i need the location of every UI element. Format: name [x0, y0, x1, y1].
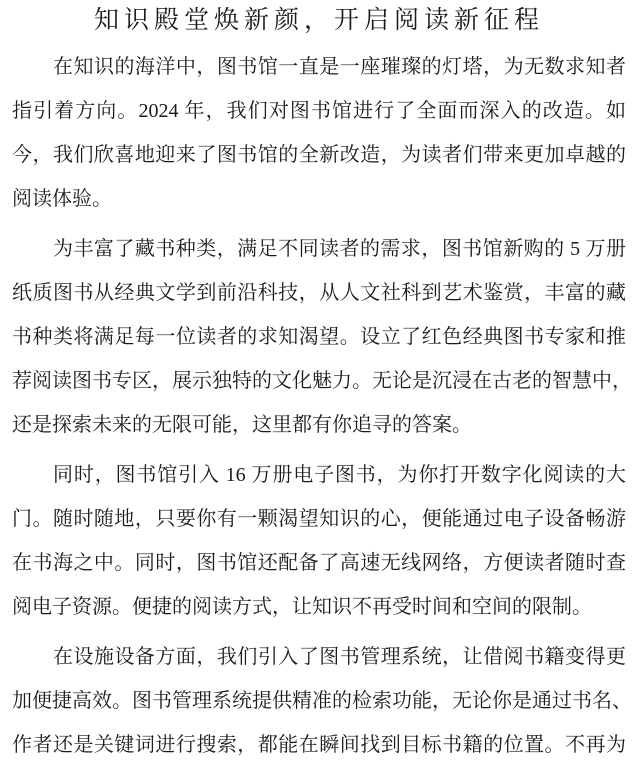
text-line: 作者还是关键词进行搜索，都能在瞬间找到目标书籍的位置。不再为 [12, 723, 626, 763]
text-line: 纸质图书从经典文学到前沿科技，从人文社科到艺术鉴赏，丰富的藏 [12, 271, 626, 315]
text-line: 阅电子资源。便捷的阅读方式，让知识不再受时间和空间的限制。 [12, 585, 626, 629]
paragraph: 同时，图书馆引入 16 万册电子图书，为你打开数字化阅读的大门。随时随地，只要你… [12, 453, 626, 629]
text-line: 同时，图书馆引入 16 万册电子图书，为你打开数字化阅读的大 [12, 453, 626, 497]
paragraph: 在设施设备方面，我们引入了图书管理系统，让借阅书籍变得更加便捷高效。图书管理系统… [12, 635, 626, 763]
text-line: 在知识的海洋中，图书馆一直是一座璀璨的灯塔，为无数求知者 [12, 45, 626, 89]
paragraph: 为丰富了藏书种类，满足不同读者的需求，图书馆新购的 5 万册纸质图书从经典文学到… [12, 227, 626, 447]
text-line: 在设施设备方面，我们引入了图书管理系统，让借阅书籍变得更 [12, 635, 626, 679]
text-line: 指引着方向。2024 年，我们对图书馆进行了全面而深入的改造。如 [12, 89, 626, 133]
text-line: 还是探索未来的无限可能，这里都有你追寻的答案。 [12, 403, 626, 447]
text-line: 荐阅读图书专区，展示独特的文化魅力。无论是沉浸在古老的智慧中， [12, 359, 626, 403]
text-line: 加便捷高效。图书管理系统提供精准的检索功能，无论你是通过书名、 [12, 679, 626, 723]
paragraph: 在知识的海洋中，图书馆一直是一座璀璨的灯塔，为无数求知者指引着方向。2024 年… [12, 45, 626, 221]
text-line: 为丰富了藏书种类，满足不同读者的需求，图书馆新购的 5 万册 [12, 227, 626, 271]
text-line: 今，我们欣喜地迎来了图书馆的全新改造，为读者们带来更加卓越的 [12, 133, 626, 177]
text-line: 门。随时随地，只要你有一颗渴望知识的心，便能通过电子设备畅游 [12, 497, 626, 541]
document-body: 在知识的海洋中，图书馆一直是一座璀璨的灯塔，为无数求知者指引着方向。2024 年… [12, 45, 626, 763]
text-line: 在书海之中。同时，图书馆还配备了高速无线网络，方便读者随时查 [12, 541, 626, 585]
text-line: 阅读体验。 [12, 177, 626, 221]
document-title: 知识殿堂焕新颜，开启阅读新征程 [12, 6, 626, 36]
document-page: 知识殿堂焕新颜，开启阅读新征程 在知识的海洋中，图书馆一直是一座璀璨的灯塔，为无… [0, 0, 637, 763]
text-line: 书种类将满足每一位读者的求知渴望。设立了红色经典图书专家和推 [12, 315, 626, 359]
